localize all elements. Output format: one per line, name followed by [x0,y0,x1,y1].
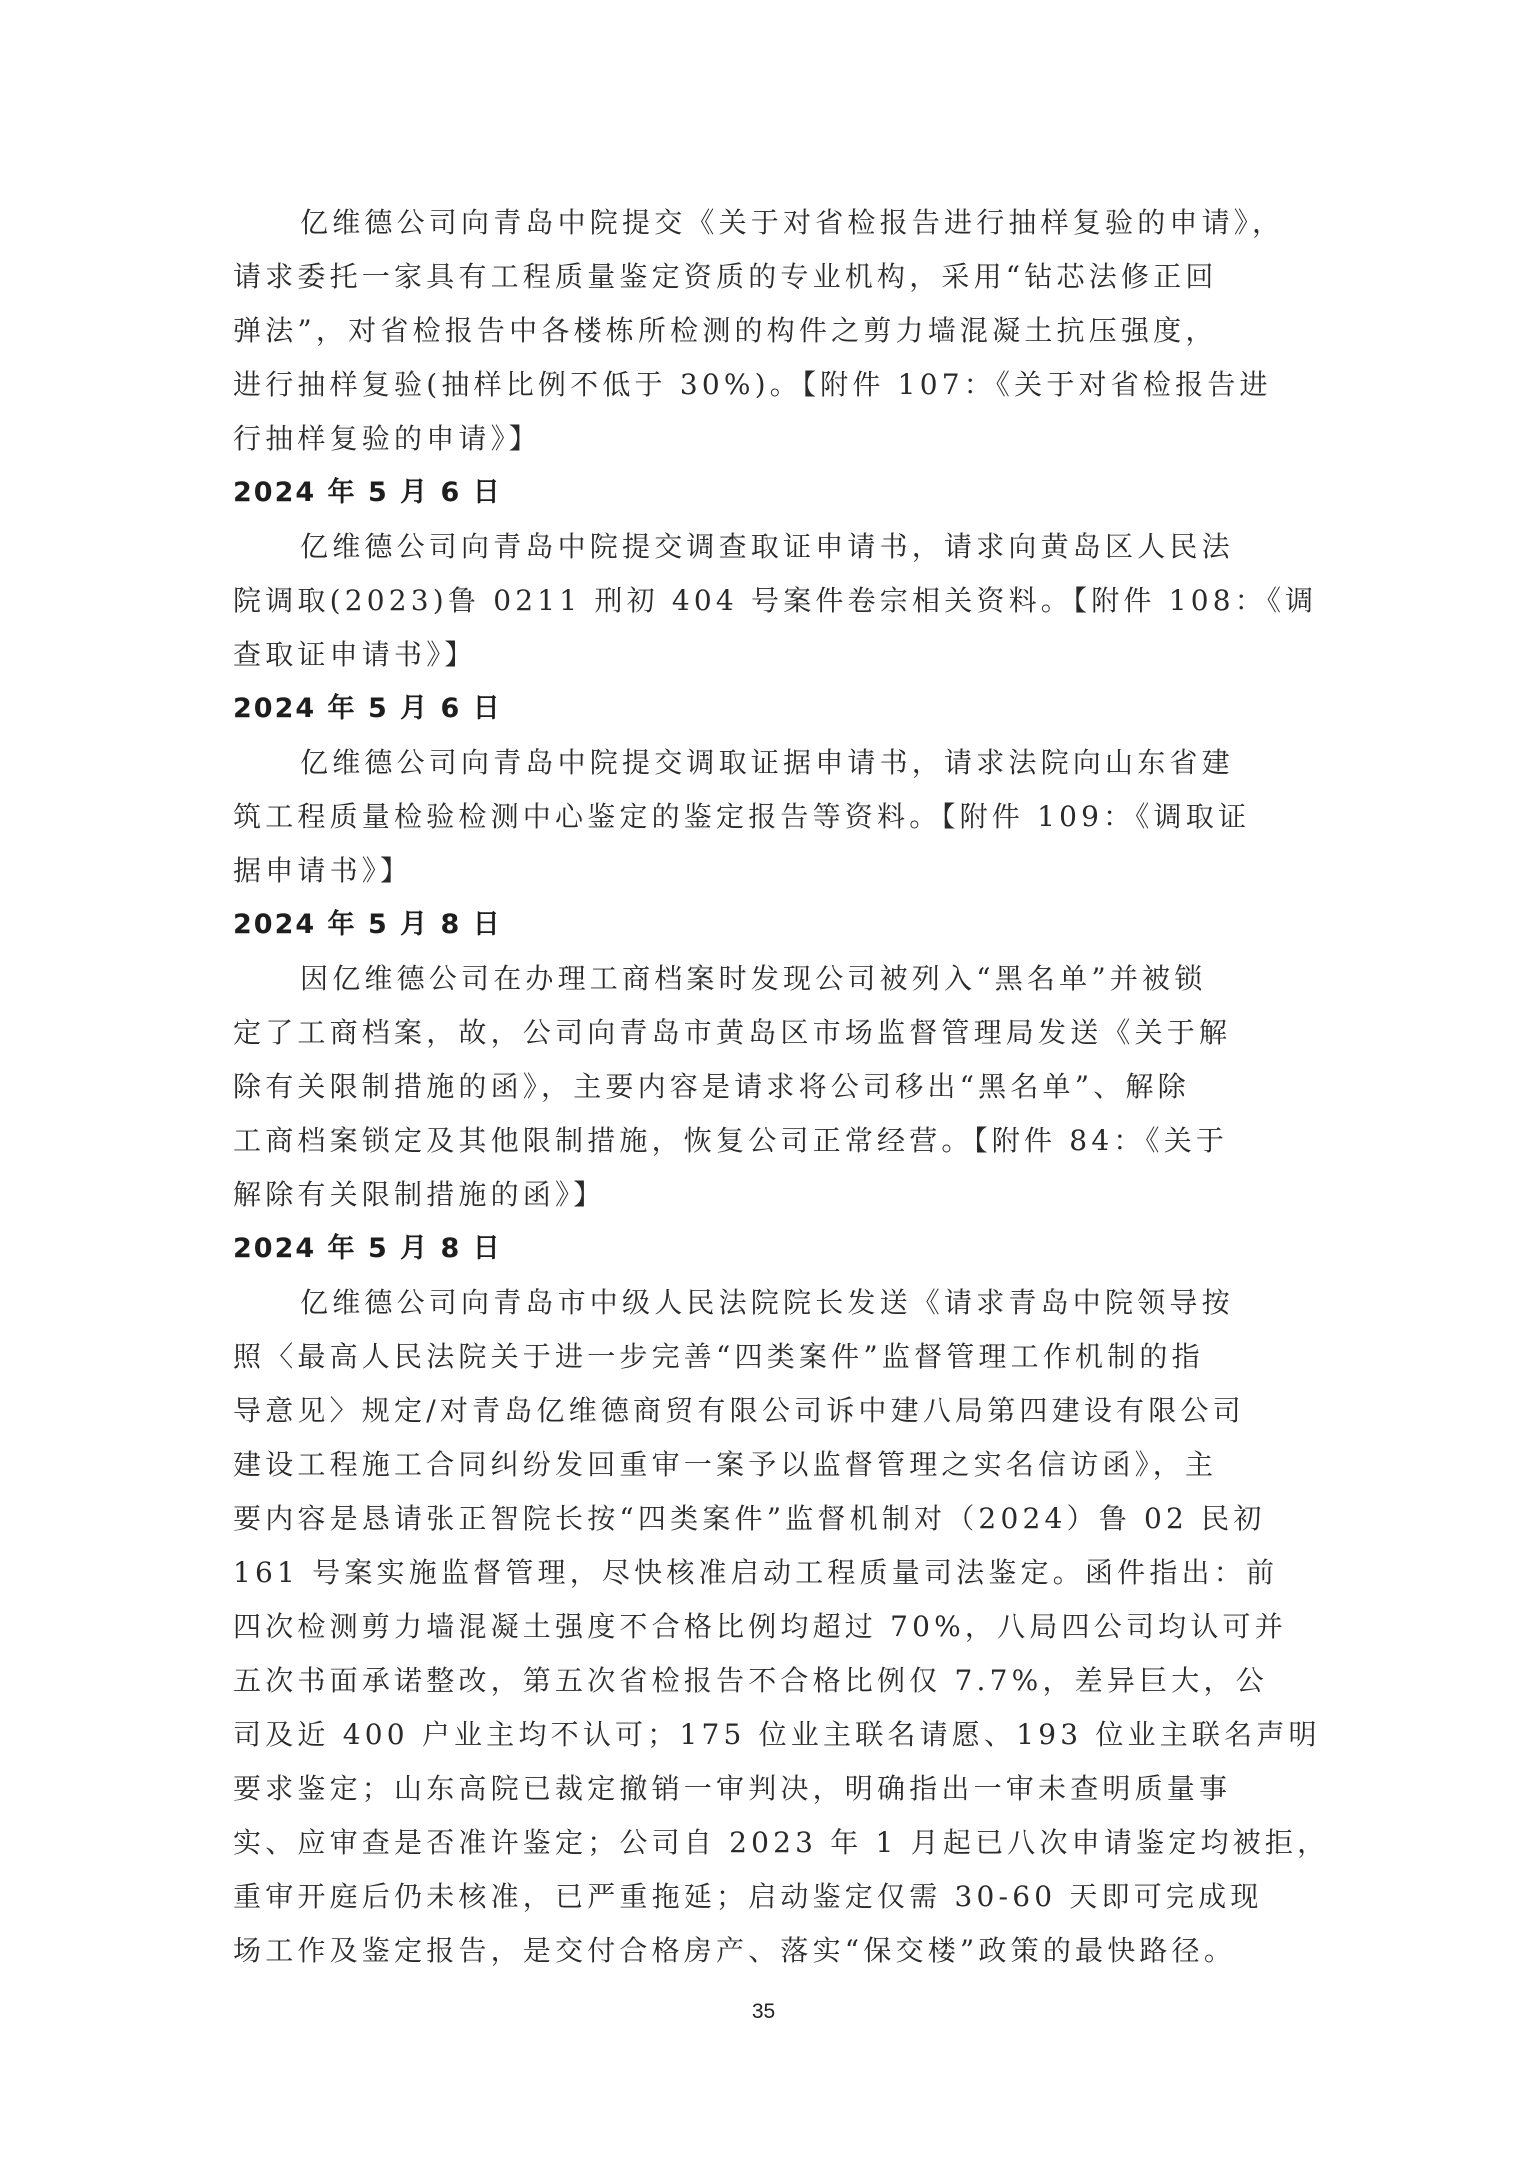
text-line: 亿维德公司向青岛中院提交调取证据申请书，请求法院向山东省建 [233,736,1313,790]
text-line: 要内容是恳请张正智院长按“四类案件”监督机制对（2024）鲁 02 民初 [233,1492,1313,1546]
text-line: 工商档案锁定及其他限制措施，恢复公司正常经营。【附件 84：《关于 [233,1114,1313,1168]
text-line: 据申请书》】 [233,844,1313,898]
text-line: 重审开庭后仍未核准，已严重拖延；启动鉴定仅需 30-60 天即可完成现 [233,1870,1313,1924]
text-line: 解除有关限制措施的函》】 [233,1168,1313,1222]
text-line: 除有关限制措施的函》，主要内容是请求将公司移出“黑名单”、解除 [233,1060,1313,1114]
text-line: 导意见〉规定/对青岛亿维德商贸有限公司诉中建八局第四建设有限公司 [233,1384,1313,1438]
paragraph-attachment-107: 亿维德公司向青岛中院提交《关于对省检报告进行抽样复验的申请》， 请求委托一家具有… [233,196,1313,466]
text-line: 照〈最高人民法院关于进一步完善“四类案件”监督管理工作机制的指 [233,1330,1313,1384]
text-line: 亿维德公司向青岛中院提交调查取证申请书，请求向黄岛区人民法 [233,520,1313,574]
text-line: 司及近 400 户业主均不认可；175 位业主联名请愿、193 位业主联名声明 [233,1708,1313,1762]
paragraph-petition-letter: 亿维德公司向青岛市中级人民法院院长发送《请求青岛中院领导按 照〈最高人民法院关于… [233,1276,1313,1978]
text-line: 亿维德公司向青岛中院提交《关于对省检报告进行抽样复验的申请》， [233,196,1313,250]
text-line: 查取证申请书》】 [233,628,1313,682]
text-line: 院调取(2023)鲁 0211 刑初 404 号案件卷宗相关资料。【附件 108… [233,574,1313,628]
text-line: 因亿维德公司在办理工商档案时发现公司被列入“黑名单”并被锁 [233,952,1313,1006]
text-line: 亿维德公司向青岛市中级人民法院院长发送《请求青岛中院领导按 [233,1276,1313,1330]
paragraph-attachment-108: 亿维德公司向青岛中院提交调查取证申请书，请求向黄岛区人民法 院调取(2023)鲁… [233,520,1313,682]
page-number: 35 [0,2000,1527,2024]
text-line: 建设工程施工合同纠纷发回重审一案予以监督管理之实名信访函》，主 [233,1438,1313,1492]
text-line: 161 号案实施监督管理，尽快核准启动工程质量司法鉴定。函件指出：前 [233,1546,1313,1600]
text-line: 五次书面承诺整改，第五次省检报告不合格比例仅 7.7%，差异巨大，公 [233,1654,1313,1708]
text-line: 要求鉴定；山东高院已裁定撤销一审判决，明确指出一审未查明质量事 [233,1762,1313,1816]
date-heading: 2024 年 5 月 6 日 [233,466,1313,520]
text-line: 进行抽样复验(抽样比例不低于 30%)。【附件 107：《关于对省检报告进 [233,358,1313,412]
paragraph-attachment-109: 亿维德公司向青岛中院提交调取证据申请书，请求法院向山东省建 筑工程质量检验检测中… [233,736,1313,898]
text-line: 筑工程质量检验检测中心鉴定的鉴定报告等资料。【附件 109：《调取证 [233,790,1313,844]
text-line: 请求委托一家具有工程质量鉴定资质的专业机构，采用“钻芯法修正回 [233,250,1313,304]
text-line: 四次检测剪力墙混凝土强度不合格比例均超过 70%，八局四公司均认可并 [233,1600,1313,1654]
text-line: 场工作及鉴定报告，是交付合格房产、落实“保交楼”政策的最快路径。 [233,1924,1313,1978]
date-heading: 2024 年 5 月 8 日 [233,898,1313,952]
date-heading: 2024 年 5 月 6 日 [233,682,1313,736]
text-line: 定了工商档案，故，公司向青岛市黄岛区市场监督管理局发送《关于解 [233,1006,1313,1060]
date-heading: 2024 年 5 月 8 日 [233,1222,1313,1276]
text-line: 行抽样复验的申请》】 [233,412,1313,466]
document-page: 亿维德公司向青岛中院提交《关于对省检报告进行抽样复验的申请》， 请求委托一家具有… [0,0,1527,2160]
text-line: 弹法”，对省检报告中各楼栋所检测的构件之剪力墙混凝土抗压强度， [233,304,1313,358]
page-content: 亿维德公司向青岛中院提交《关于对省检报告进行抽样复验的申请》， 请求委托一家具有… [233,196,1313,1978]
text-line: 实、应审查是否准许鉴定；公司自 2023 年 1 月起已八次申请鉴定均被拒， [233,1816,1313,1870]
paragraph-attachment-84: 因亿维德公司在办理工商档案时发现公司被列入“黑名单”并被锁 定了工商档案，故，公… [233,952,1313,1222]
